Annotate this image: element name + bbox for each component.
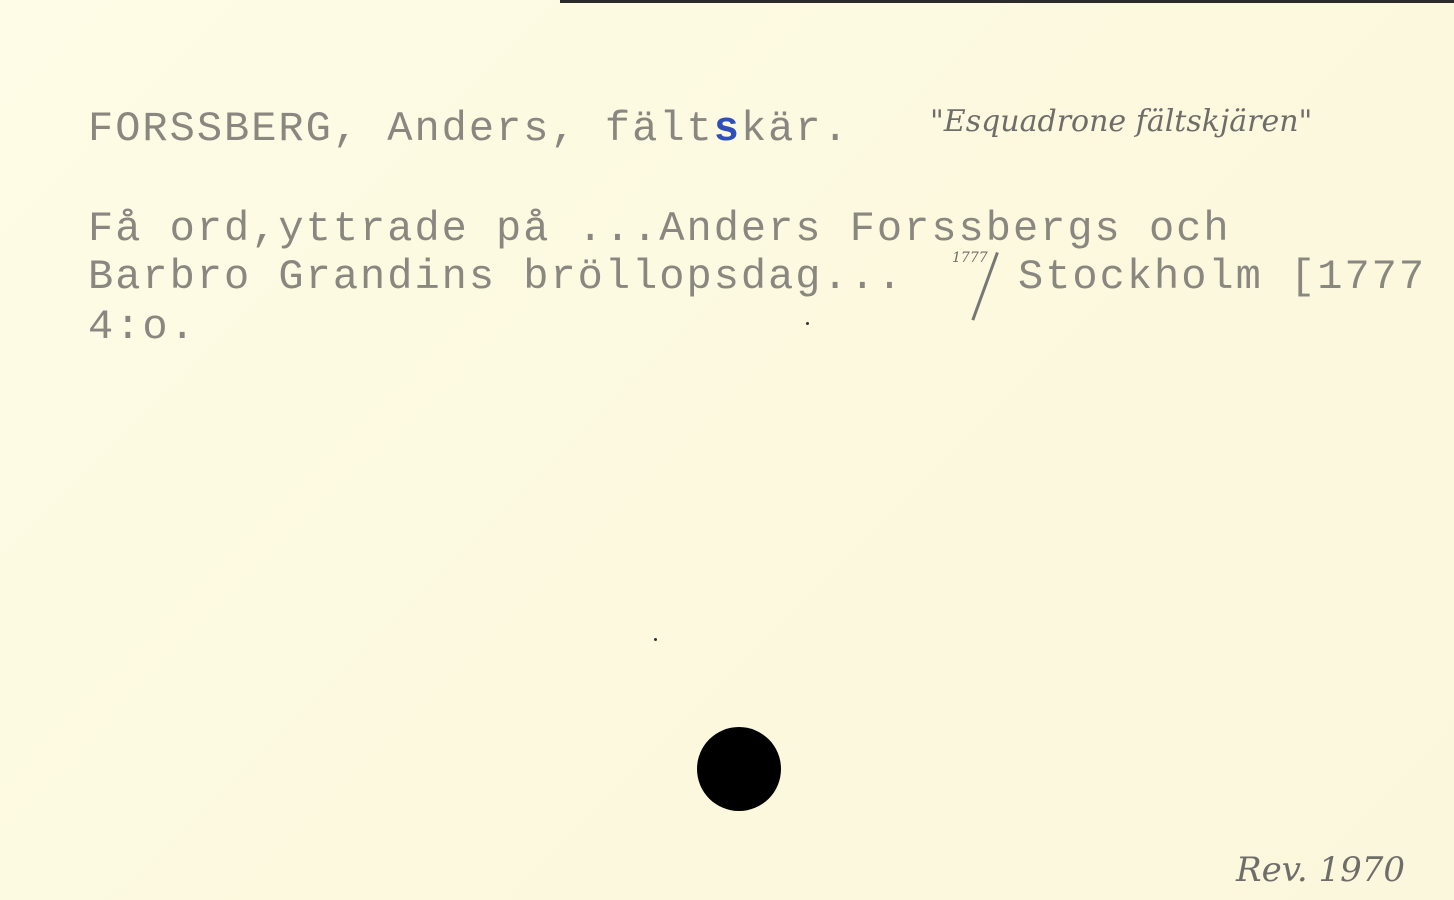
catalog-card: FORSSBERG, Anders, fältskär. "Esquadrone…	[0, 0, 1454, 900]
occupation-post: kär.	[741, 105, 850, 153]
author-surname: FORSSBERG,	[88, 105, 360, 153]
author-given-name: Anders,	[387, 105, 577, 153]
handwritten-note: "Esquadrone fältskjären"	[930, 104, 1312, 139]
revision-note: Rev. 1970	[1236, 850, 1405, 890]
occupation-pre: fält	[605, 105, 714, 153]
handwritten-year: 1777	[952, 250, 988, 266]
body-line-3: 4:o.	[88, 306, 197, 348]
imprint: Stockholm [1777	[1018, 256, 1426, 298]
heading-line: FORSSBERG, Anders, fältskär.	[88, 108, 850, 150]
speck	[806, 322, 809, 325]
occupation-correction: s	[714, 105, 741, 153]
punch-hole	[697, 727, 781, 811]
body-line-1: Få ord,yttrade på ...Anders Forssbergs o…	[88, 208, 1231, 250]
body-line-2: Barbro Grandins bröllopsdag...	[88, 256, 904, 298]
speck	[654, 638, 657, 641]
card-top-edge	[560, 0, 1454, 3]
